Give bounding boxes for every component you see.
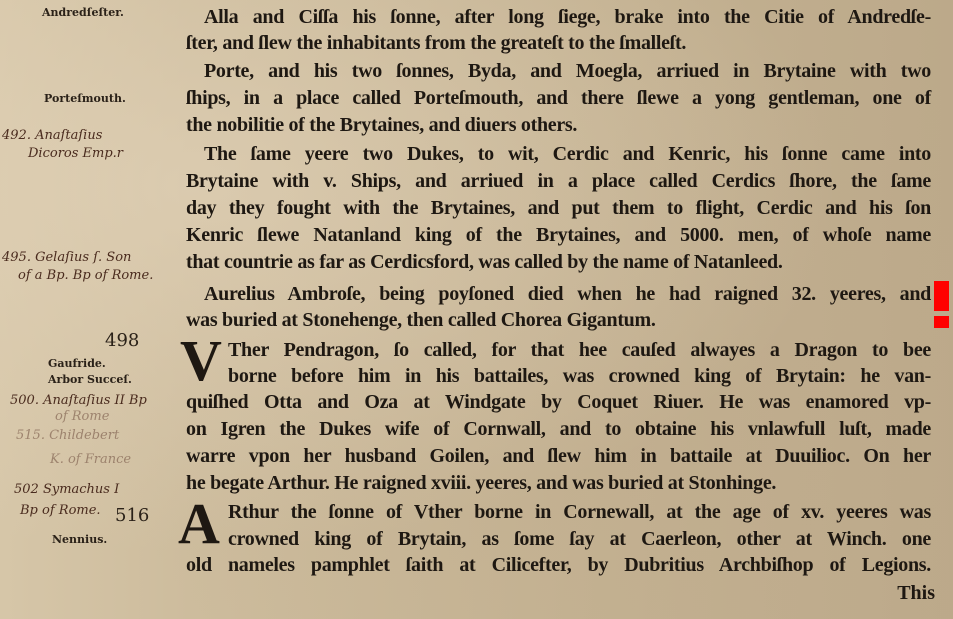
text-line: The ſame yeere two Dukes, to wit, Cerdic…	[204, 141, 931, 167]
text-line: Kenric ſlewe Natanland king of the Bryta…	[186, 222, 931, 248]
left-margin: Andredſeſter.Porteſmouth.Gaufride.Arbor …	[0, 0, 180, 619]
text-line: borne before him in his battailes, was c…	[228, 363, 931, 389]
text-line: that countrie as far as Cerdicsford, was…	[186, 249, 783, 275]
text-line: the nobilitie of the Brytaines, and diue…	[186, 112, 577, 138]
catchword: This	[897, 582, 935, 605]
margin-year: 498	[105, 330, 139, 351]
handwritten-annotation: 502 Symachus I	[14, 482, 119, 497]
text-line: Rthur the ſonne of Vther borne in Cornew…	[228, 499, 931, 525]
red-marker	[934, 281, 949, 311]
text-line: Ther Pendragon, ſo called, for that hee …	[228, 337, 931, 363]
margin-printed-note: Arbor Succeſ.	[48, 373, 132, 386]
handwritten-annotation: of a Bp. Bp of Rome.	[18, 268, 153, 283]
text-line: was buried at Stonehenge, then called Ch…	[186, 307, 656, 333]
text-line: ſter, and ſlew the inhabitants from the …	[186, 30, 686, 56]
document-page: Andredſeſter.Porteſmouth.Gaufride.Arbor …	[0, 0, 953, 619]
drop-cap: A	[178, 495, 220, 553]
margin-year: 516	[115, 505, 149, 526]
handwritten-annotation: of Rome	[55, 409, 109, 424]
text-line: day they fought with the Brytaines, and …	[186, 195, 931, 221]
handwritten-annotation: Bp of Rome.	[20, 503, 101, 518]
margin-printed-note: Gaufride.	[48, 357, 106, 370]
margin-printed-note: Nennius.	[52, 533, 107, 546]
text-line: warre vpon her husband Goilen, and ſlew …	[186, 443, 931, 469]
text-line: he begate Arthur. He raigned xviii. yeer…	[186, 470, 776, 496]
margin-printed-note: Andredſeſter.	[42, 6, 124, 19]
text-line: Aurelius Ambroſe, being poyſoned died wh…	[204, 281, 931, 307]
text-line: on Igren the Dukes wife of Cornwall, and…	[186, 416, 931, 442]
handwritten-annotation: 495. Gelaſius ſ. Son	[2, 250, 131, 265]
text-line: Porte, and his two ſonnes, Byda, and Moe…	[204, 58, 931, 84]
text-line: Alla and Ciſſa his ſonne, after long ſie…	[204, 4, 931, 30]
handwritten-annotation: 492. Anaſtaſius	[2, 128, 102, 143]
margin-printed-note: Porteſmouth.	[44, 92, 126, 105]
text-line: crowned king of Brytain, as ſome ſay at …	[228, 526, 931, 552]
text-line: ſhips, in a place called Porteſmouth, an…	[186, 85, 931, 111]
text-line: old nameles pamphlet ſaith at Cilicefter…	[186, 552, 931, 578]
handwritten-annotation: 500. Anaſtaſius II Bp	[10, 393, 147, 408]
handwritten-annotation: 515. Childebert	[16, 428, 119, 443]
drop-cap: V	[180, 332, 222, 390]
handwritten-annotation: Dicoros Emp.r	[28, 146, 123, 161]
handwritten-annotation: K. of France	[50, 452, 131, 467]
text-line: quiſhed Otta and Oza at Windgate by Coqu…	[186, 389, 931, 415]
red-marker	[934, 316, 949, 328]
text-line: Brytaine with v. Ships, and arriued in a…	[186, 168, 931, 194]
